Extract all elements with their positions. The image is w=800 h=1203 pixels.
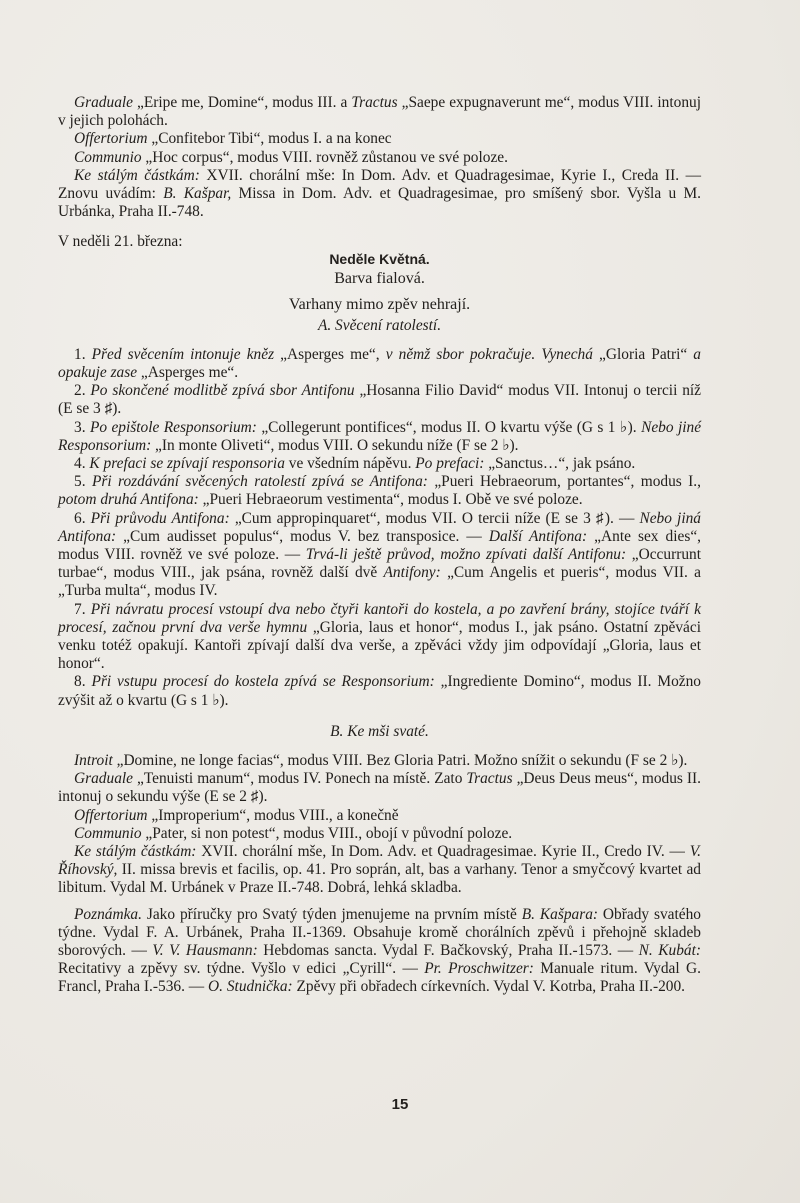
item-number: 1. [74,346,92,363]
item-number: 8. [74,673,91,690]
feast-title: Neděle Květná. [58,250,701,268]
intro-graduale: Graduale „Eripe me, Domine“, modus III. … [58,94,701,130]
intro-ordinary: Ke stálým částkám: XVII. chorální mše: I… [58,167,701,222]
section-b-item: Offertorium „Improperium“, modus VIII., … [58,807,701,825]
document-page: Graduale „Eripe me, Domine“, modus III. … [0,0,800,1203]
liturgical-color: Barva fialová. [58,268,701,290]
item-number: 4. [74,455,89,472]
section-b-items: Introit „Domine, ne longe facias“, modus… [58,752,701,898]
section-a-item: 3. Po epištole Responsorium: „Collegerun… [58,419,701,455]
section-a-item: 5. Při rozdávání svěcených ratolestí zpí… [58,473,701,509]
item-number: 7. [74,601,91,618]
section-a-item: 2. Po skončené modlitbě zpívá sbor Antif… [58,382,701,418]
section-a-item: 4. K prefaci se zpívají responsoria ve v… [58,455,701,473]
item-number: 2. [74,382,90,399]
section-a-item: 7. Při návratu procesí vstoupí dva nebo … [58,601,701,674]
item-number: 5. [74,473,92,490]
item-number: 6. [74,510,91,527]
section-b-item: Graduale „Tenuisti manum“, modus IV. Pon… [58,770,701,806]
section-a-item: 6. Při průvodu Antifona: „Cum appropinqu… [58,510,701,601]
section-a-title: A. Svěcení ratolestí. [58,316,701,336]
intro-communio: Communio „Hoc corpus“, modus VIII. rovně… [58,149,701,167]
item-number: 3. [74,419,90,436]
section-b-item: Ke stálým částkám: XVII. chorální mše, I… [58,843,701,898]
text-column: Graduale „Eripe me, Domine“, modus III. … [58,94,701,997]
section-b-item: Communio „Pater, si non potest“, modus V… [58,825,701,843]
organ-note: Varhany mimo zpěv nehrají. [58,294,701,316]
section-b-title: B. Ke mši svaté. [58,722,701,742]
section-a-item: 8. Při vstupu procesí do kostela zpívá s… [58,673,701,709]
page-number: 15 [0,1096,800,1113]
section-b-item: Introit „Domine, ne longe facias“, modus… [58,752,701,770]
section-a-items: 1. Před svěcením intonuje kněz „Asperges… [58,346,701,710]
note-paragraph: Poznámka. Jako příručky pro Svatý týden … [58,906,701,997]
section-a-item: 1. Před svěcením intonuje kněz „Asperges… [58,346,701,382]
intro-offertorium: Offertorium „Confitebor Tibi“, modus I. … [58,130,701,148]
